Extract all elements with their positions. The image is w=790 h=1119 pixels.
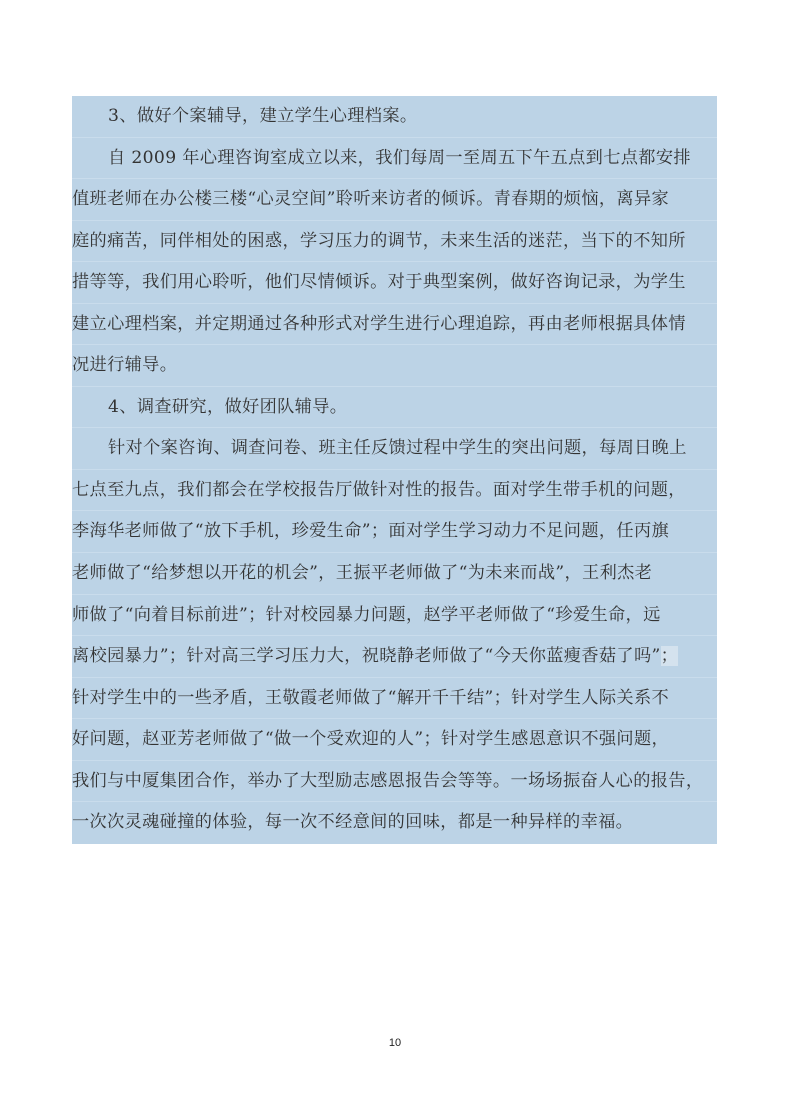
- page-number: 10: [0, 1037, 790, 1049]
- paragraph-line[interactable]: 况进行辅导。: [72, 345, 717, 387]
- line-text: 李海华老师做了“放下手机，珍爱生命”；面对学生学习动力不足问题，任丙旗: [72, 521, 669, 541]
- line-text: 措等等，我们用心聆听，他们尽情倾诉。对于典型案例，做好咨询记录，为学生: [72, 272, 686, 292]
- line-text: 建立心理档案，并定期通过各种形式对学生进行心理追踪，再由老师根据具体情: [72, 314, 686, 334]
- paragraph-line[interactable]: 自 2009 年心理咨询室成立以来，我们每周一至周五下午五点到七点都安排: [72, 138, 717, 180]
- paragraph-line[interactable]: 针对学生中的一些矛盾，王敬霞老师做了“解开千千结”；针对学生人际关系不: [72, 678, 717, 720]
- paragraph-line[interactable]: 老师做了“给梦想以开花的机会”，王振平老师做了“为未来而战”，王利杰老: [72, 553, 717, 595]
- line-text: 况进行辅导。: [72, 355, 177, 375]
- paragraph-line[interactable]: 离校园暴力”；针对高三学习压力大，祝晓静老师做了“今天你蓝瘦香菇了吗”；: [72, 636, 717, 678]
- document-page: 3、做好个案辅导，建立学生心理档案。 自 2009 年心理咨询室成立以来，我们每…: [0, 0, 790, 1119]
- paragraph-line[interactable]: 我们与中厦集团合作，举办了大型励志感恩报告会等等。一场场振奋人心的报告，: [72, 761, 717, 803]
- line-text: 值班老师在办公楼三楼“心灵空间”聆听来访者的倾诉。青春期的烦恼，离异家: [72, 189, 669, 209]
- line-text: 自 2009 年心理咨询室成立以来，我们每周一至周五下午五点到七点都安排: [108, 148, 691, 168]
- line-text: 针对学生中的一些矛盾，王敬霞老师做了“解开千千结”；针对学生人际关系不: [72, 688, 669, 708]
- heading-section-4[interactable]: 4、调查研究，做好团队辅导。: [72, 387, 717, 429]
- paragraph-line[interactable]: 庭的痛苦，同伴相处的困惑，学习压力的调节，未来生活的迷茫，当下的不知所: [72, 221, 717, 263]
- line-text: 我们与中厦集团合作，举办了大型励志感恩报告会等等。一场场振奋人心的报告，: [72, 771, 703, 791]
- paragraph-line[interactable]: 建立心理档案，并定期通过各种形式对学生进行心理追踪，再由老师根据具体情: [72, 304, 717, 346]
- paragraph-line[interactable]: 针对个案咨询、调查问卷、班主任反馈过程中学生的突出问题，每周日晚上: [72, 428, 717, 470]
- paragraph-line[interactable]: 值班老师在办公楼三楼“心灵空间”聆听来访者的倾诉。青春期的烦恼，离异家: [72, 179, 717, 221]
- selected-body-text[interactable]: 3、做好个案辅导，建立学生心理档案。 自 2009 年心理咨询室成立以来，我们每…: [72, 96, 717, 844]
- line-text: 3、做好个案辅导，建立学生心理档案。: [108, 106, 417, 126]
- line-text: 七点至九点，我们都会在学校报告厅做针对性的报告。面对学生带手机的问题，: [72, 480, 686, 500]
- line-text: 庭的痛苦，同伴相处的困惑，学习压力的调节，未来生活的迷茫，当下的不知所: [72, 231, 686, 251]
- line-text: 4、调查研究，做好团队辅导。: [108, 397, 347, 417]
- paragraph-line[interactable]: 措等等，我们用心聆听，他们尽情倾诉。对于典型案例，做好咨询记录，为学生: [72, 262, 717, 304]
- line-text: 针对个案咨询、调查问卷、班主任反馈过程中学生的突出问题，每周日晚上: [108, 438, 687, 458]
- line-text: 老师做了“给梦想以开花的机会”，王振平老师做了“为未来而战”，王利杰老: [72, 563, 652, 583]
- overflow-punctuation: ；: [661, 646, 679, 666]
- heading-section-3[interactable]: 3、做好个案辅导，建立学生心理档案。: [72, 96, 717, 138]
- line-text: 离校园暴力”；针对高三学习压力大，祝晓静老师做了“今天你蓝瘦香菇了吗”: [72, 646, 661, 666]
- line-text: 师做了“向着目标前进”；针对校园暴力问题，赵学平老师做了“珍爱生命，远: [72, 605, 661, 625]
- paragraph-line[interactable]: 李海华老师做了“放下手机，珍爱生命”；面对学生学习动力不足问题，任丙旗: [72, 511, 717, 553]
- paragraph-line[interactable]: 好问题，赵亚芳老师做了“做一个受欢迎的人”；针对学生感恩意识不强问题，: [72, 719, 717, 761]
- paragraph-line[interactable]: 一次次灵魂碰撞的体验，每一次不经意间的回味，都是一种异样的幸福。: [72, 802, 717, 844]
- paragraph-line[interactable]: 七点至九点，我们都会在学校报告厅做针对性的报告。面对学生带手机的问题，: [72, 470, 717, 512]
- paragraph-line[interactable]: 师做了“向着目标前进”；针对校园暴力问题，赵学平老师做了“珍爱生命，远: [72, 595, 717, 637]
- line-text: 好问题，赵亚芳老师做了“做一个受欢迎的人”；针对学生感恩意识不强问题，: [72, 729, 669, 749]
- line-text: 一次次灵魂碰撞的体验，每一次不经意间的回味，都是一种异样的幸福。: [72, 812, 633, 832]
